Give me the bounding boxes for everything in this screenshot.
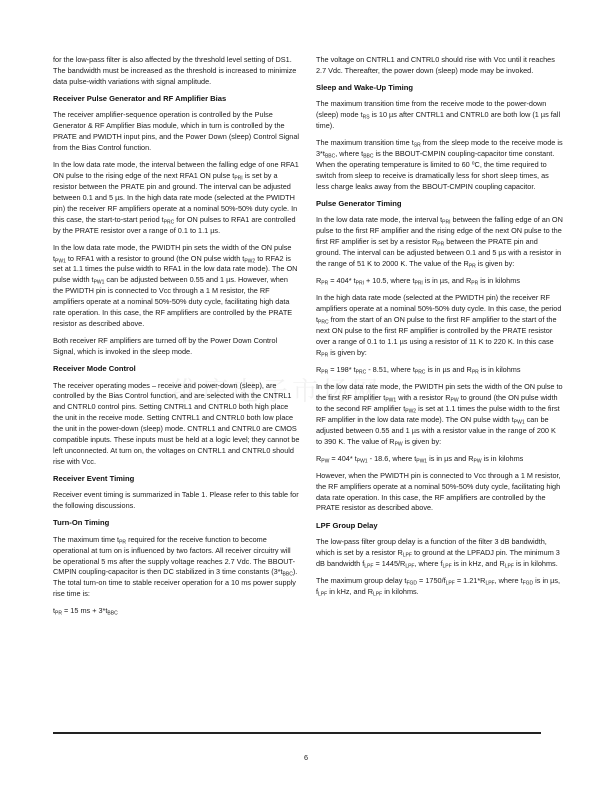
text-run: + 10.5, where t bbox=[364, 276, 415, 285]
text-run: = 404* t bbox=[328, 276, 355, 285]
text-run: is in kilohms. bbox=[514, 559, 558, 568]
subscript: PW2 bbox=[405, 408, 416, 414]
paragraph: In the low data rate mode, the interval … bbox=[316, 215, 563, 270]
text-run: to RFA1 with a resistor to ground (the O… bbox=[66, 254, 244, 263]
section-heading: Receiver Pulse Generator and RF Amplifie… bbox=[53, 94, 300, 105]
text-run: The maximum transition time t bbox=[316, 138, 414, 147]
text-run: In the low data rate mode, the interval … bbox=[316, 215, 442, 224]
page-number: 6 bbox=[0, 753, 612, 762]
text-run: is in µs, and R bbox=[423, 276, 471, 285]
paragraph: The receiver amplifier-sequence operatio… bbox=[53, 110, 300, 154]
subscript: BBC bbox=[107, 611, 117, 617]
paragraph: for the low-pass filter is also affected… bbox=[53, 55, 300, 88]
subscript: PW1 bbox=[514, 419, 525, 425]
section-heading: Sleep and Wake-Up Timing bbox=[316, 83, 563, 94]
subscript: PW bbox=[395, 441, 403, 447]
text-run: = 1445/R bbox=[373, 559, 405, 568]
subscript: LPF bbox=[446, 580, 455, 586]
section-heading: Receiver Event Timing bbox=[53, 474, 300, 485]
paragraph: RPW = 404* tPW1 - 18.6, where tPW1 is in… bbox=[316, 454, 563, 465]
subscript: PW bbox=[473, 458, 481, 464]
paragraph: The low-pass filter group delay is a fun… bbox=[316, 537, 563, 570]
paragraph: In the low data rate mode, the PWIDTH pi… bbox=[53, 243, 300, 330]
text-run: is in µs and R bbox=[427, 454, 473, 463]
text-run: = 1750/f bbox=[417, 576, 446, 585]
subscript: PW bbox=[451, 397, 459, 403]
text-run: = 1.21*R bbox=[455, 576, 486, 585]
text-run: is in µs and R bbox=[425, 365, 471, 374]
subscript: LPF bbox=[442, 563, 451, 569]
text-run: The receiver amplifier-sequence operatio… bbox=[53, 110, 299, 152]
subscript: PRC bbox=[164, 219, 175, 225]
subscript: PW2 bbox=[244, 258, 255, 264]
paragraph: The maximum time tPR required for the re… bbox=[53, 535, 300, 600]
subscript: PRI bbox=[234, 176, 242, 182]
subscript: PR bbox=[55, 611, 62, 617]
subscript: RS bbox=[363, 115, 370, 121]
subscript: PW1 bbox=[94, 280, 105, 286]
subscript: LPF bbox=[373, 591, 382, 597]
text-run: The maximum group delay t bbox=[316, 576, 406, 585]
text-run: - 8.51, where t bbox=[366, 365, 415, 374]
text-run: is in kilohms bbox=[482, 454, 524, 463]
subscript: LPF bbox=[485, 580, 494, 586]
subscript: FGD bbox=[523, 580, 534, 586]
text-run: is given by: bbox=[476, 259, 515, 268]
text-run: in kHz, and R bbox=[327, 587, 373, 596]
paragraph: RPR = 404* tPRI + 10.5, where tPRI is in… bbox=[316, 276, 563, 287]
footer-rule bbox=[53, 732, 541, 734]
paragraph: The maximum group delay tFGD = 1750/fLPF… bbox=[316, 576, 563, 598]
subscript: PRI bbox=[442, 220, 450, 226]
text-run: for the low-pass filter is also affected… bbox=[53, 55, 296, 86]
subscript: SR bbox=[414, 143, 421, 149]
subscript: PRC bbox=[356, 369, 367, 375]
paragraph: Both receiver RF amplifiers are turned o… bbox=[53, 336, 300, 358]
paragraph: The maximum transition time from the rec… bbox=[316, 99, 563, 132]
text-run: , where t bbox=[335, 149, 363, 158]
paragraph: However, when the PWIDTH pin is connecte… bbox=[316, 471, 563, 515]
left-column: for the low-pass filter is also affected… bbox=[53, 55, 300, 623]
right-column: The voltage on CNTRL1 and CNTRL0 should … bbox=[316, 55, 563, 604]
paragraph: In the low data rate mode, the interval … bbox=[53, 160, 300, 236]
text-run: = 404* t bbox=[329, 454, 356, 463]
subscript: PW1 bbox=[416, 458, 427, 464]
paragraph: The maximum transition time tSR from the… bbox=[316, 138, 563, 193]
text-run: with a resistor R bbox=[396, 393, 450, 402]
subscript: PRI bbox=[356, 281, 364, 287]
text-run: in kilohms. bbox=[382, 587, 419, 596]
text-run: The maximum time t bbox=[53, 535, 119, 544]
text-run: is given by: bbox=[403, 437, 442, 446]
paragraph: The voltage on CNTRL1 and CNTRL0 should … bbox=[316, 55, 563, 77]
section-heading: Turn-On Timing bbox=[53, 518, 300, 529]
section-heading: LPF Group Delay bbox=[316, 521, 563, 532]
subscript: PW1 bbox=[357, 458, 368, 464]
text-run: is in kilohms bbox=[478, 276, 520, 285]
subscript: LPF bbox=[505, 563, 514, 569]
paragraph: RPR = 198* tPRC - 8.51, where tPRC is in… bbox=[316, 365, 563, 376]
paragraph: Receiver event timing is summarized in T… bbox=[53, 490, 300, 512]
section-heading: Pulse Generator Timing bbox=[316, 199, 563, 210]
subscript: PW1 bbox=[385, 397, 396, 403]
subscript: PR bbox=[119, 539, 126, 545]
paragraph: tPR = 15 ms + 3*tBBC bbox=[53, 606, 300, 617]
subscript: BBC bbox=[363, 154, 373, 160]
subscript: PRC bbox=[318, 320, 329, 326]
text-run: The receiver operating modes – receive a… bbox=[53, 381, 300, 466]
text-run: The voltage on CNTRL1 and CNTRL0 should … bbox=[316, 55, 555, 75]
text-run: , where f bbox=[414, 559, 442, 568]
text-run: Receiver event timing is summarized in T… bbox=[53, 490, 299, 510]
subscript: LPF bbox=[403, 552, 412, 558]
subscript: PRI bbox=[414, 281, 422, 287]
subscript: LPF bbox=[318, 591, 327, 597]
subscript: PR bbox=[472, 369, 479, 375]
text-run: Both receiver RF amplifiers are turned o… bbox=[53, 336, 277, 356]
text-run: = 198* t bbox=[328, 365, 355, 374]
paragraph: In the low data rate mode, the PWIDTH pi… bbox=[316, 382, 563, 447]
subscript: PRC bbox=[415, 369, 426, 375]
paragraph: In the high data rate mode (selected at … bbox=[316, 293, 563, 358]
subscript: PW1 bbox=[55, 258, 66, 264]
text-run: However, when the PWIDTH pin is connecte… bbox=[316, 471, 561, 513]
subscript: FGD bbox=[406, 580, 417, 586]
paragraph: The receiver operating modes – receive a… bbox=[53, 381, 300, 468]
subscript: PR bbox=[469, 264, 476, 270]
subscript: BBC bbox=[283, 572, 293, 578]
section-heading: Receiver Mode Control bbox=[53, 364, 300, 375]
text-run: is given by: bbox=[328, 348, 367, 357]
subscript: BBC bbox=[325, 154, 335, 160]
text-run: = 15 ms + 3*t bbox=[62, 606, 107, 615]
text-run: - 18.6, where t bbox=[368, 454, 417, 463]
text-run: is in kHz, and R bbox=[452, 559, 505, 568]
text-run: is in kilohms bbox=[479, 365, 521, 374]
text-run: , where t bbox=[495, 576, 523, 585]
